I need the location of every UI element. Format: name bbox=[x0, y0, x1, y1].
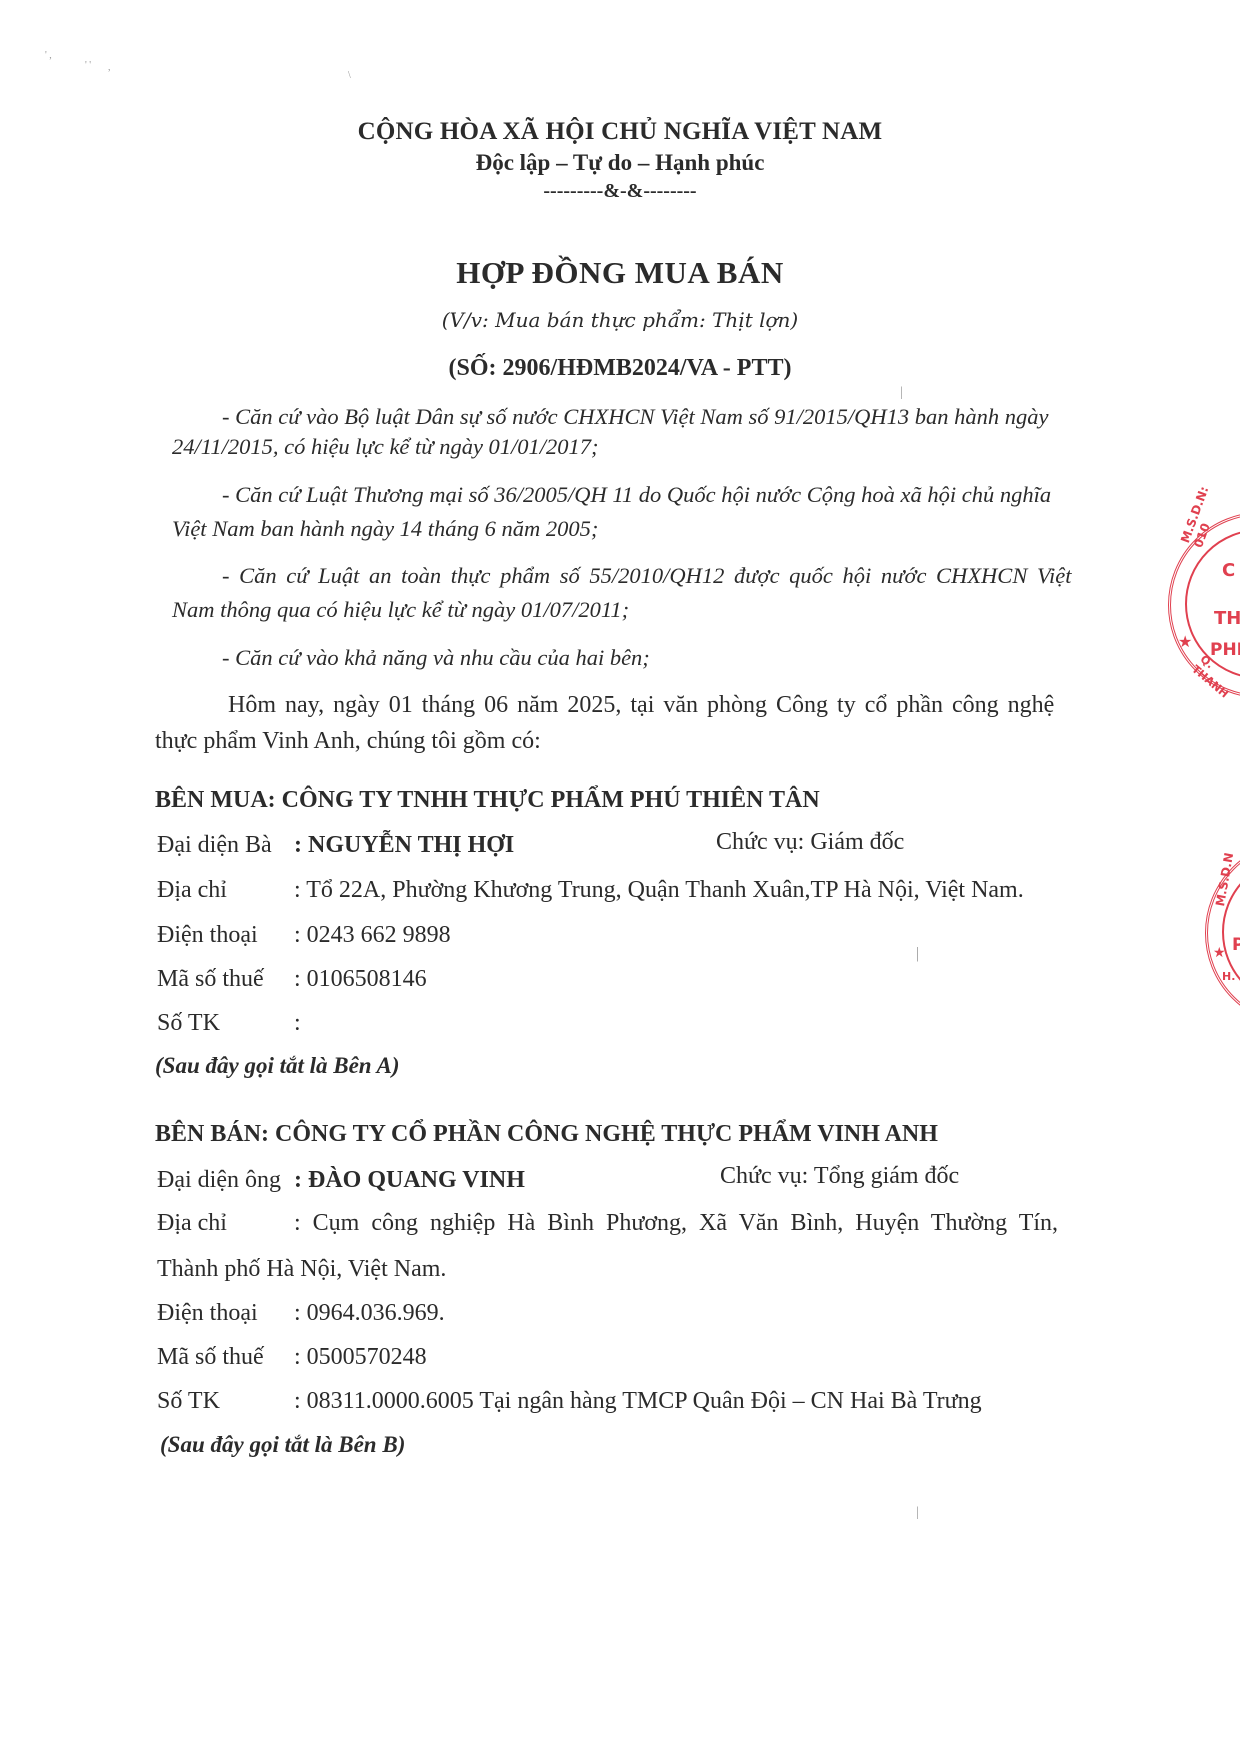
seller-rep-name: : ĐÀO QUANG VINH bbox=[294, 1167, 525, 1193]
legal-basis-4: - Căn cứ vào khả năng và nhu cầu của hai… bbox=[222, 645, 650, 671]
header-separator: ---------&-&-------- bbox=[0, 180, 1240, 203]
stamp-1-line-3: PHI bbox=[1210, 640, 1240, 660]
scan-speck: ' , bbox=[45, 50, 52, 61]
buyer-tax-label: Mã số thuế bbox=[157, 966, 294, 993]
legal-basis-1-line1: - Căn cứ vào Bộ luật Dân sự số nước CHXH… bbox=[222, 404, 1049, 429]
seller-address-line2: Thành phố Hà Nội, Việt Nam. bbox=[157, 1256, 446, 1283]
legal-basis-2-line2: Việt Nam ban hành ngày 14 tháng 6 năm 20… bbox=[172, 516, 598, 542]
contract-page: CỘNG HÒA XÃ HỘI CHỦ NGHĨA VIỆT NAM Độc l… bbox=[0, 0, 1240, 1755]
scan-speck: , bbox=[108, 62, 111, 73]
seller-rep-label: Đại diện ông bbox=[157, 1167, 294, 1194]
seller-position: Chức vụ: Tổng giám đốc bbox=[720, 1163, 959, 1190]
seller-account-row: Số TK: 08311.0000.6005 Tại ngân hàng TMC… bbox=[157, 1388, 982, 1415]
scan-speck: | bbox=[900, 385, 903, 401]
intro-line2: thực phẩm Vinh Anh, chúng tôi gồm có: bbox=[155, 728, 541, 755]
scan-speck: ' ' bbox=[85, 60, 91, 71]
stamp-1-line-2: TH bbox=[1214, 608, 1240, 629]
buyer-phone-row: Điện thoại: 0243 662 9898 bbox=[157, 922, 451, 949]
seller-address-line1: : Cụm công nghiệp Hà Bình Phương, Xã Văn… bbox=[294, 1210, 1058, 1236]
seller-heading: BÊN BÁN: CÔNG TY CỔ PHẦN CÔNG NGHỆ THỰC … bbox=[155, 1121, 938, 1148]
seller-phone: : 0964.036.969. bbox=[294, 1300, 445, 1326]
stamp-2-bottom-text: H. bbox=[1222, 970, 1235, 983]
seller-tax-label: Mã số thuế bbox=[157, 1344, 294, 1371]
scan-speck: | bbox=[916, 1505, 919, 1521]
intro-line1: Hôm nay, ngày 01 tháng 06 năm 2025, tại … bbox=[228, 692, 1054, 719]
buyer-position: Chức vụ: Giám đốc bbox=[716, 829, 904, 856]
seller-alias: (Sau đây gọi tắt là Bên B) bbox=[160, 1432, 405, 1458]
contract-number: (SỐ: 2906/HĐMB2024/VA - PTT) bbox=[0, 355, 1240, 382]
star-icon: ★ bbox=[1178, 632, 1192, 651]
buyer-rep-label: Đại diện Bà bbox=[157, 832, 294, 859]
contract-subject: (V/v: Mua bán thực phẩm: Thịt lợn) bbox=[0, 308, 1240, 332]
buyer-alias: (Sau đây gọi tắt là Bên A) bbox=[155, 1053, 400, 1079]
legal-basis-2-line1: - Căn cứ Luật Thương mại số 36/2005/QH 1… bbox=[222, 482, 1051, 508]
buyer-phone-label: Điện thoại bbox=[157, 922, 294, 949]
seller-account: : 08311.0000.6005 Tại ngân hàng TMCP Quâ… bbox=[294, 1388, 982, 1414]
buyer-rep-row: Đại diện Bà: NGUYỄN THỊ HỢI bbox=[157, 832, 514, 859]
seller-account-label: Số TK bbox=[157, 1388, 294, 1415]
legal-basis-1: - Căn cứ vào Bộ luật Dân sự số nước CHXH… bbox=[222, 400, 1092, 434]
national-title: CỘNG HÒA XÃ HỘI CHỦ NGHĨA VIỆT NAM bbox=[0, 118, 1240, 146]
seller-rep-row: Đại diện ông: ĐÀO QUANG VINH bbox=[157, 1167, 525, 1194]
buyer-address: : Tổ 22A, Phường Khương Trung, Quận Than… bbox=[294, 877, 1024, 903]
star-icon: ★ bbox=[1213, 945, 1226, 961]
seller-phone-label: Điện thoại bbox=[157, 1300, 294, 1327]
legal-basis-3-line2: Nam thông qua có hiệu lực kể từ ngày 01/… bbox=[172, 597, 629, 623]
seller-tax: : 0500570248 bbox=[294, 1344, 427, 1370]
buyer-account-label: Số TK bbox=[157, 1010, 294, 1037]
national-motto: Độc lập – Tự do – Hạnh phúc bbox=[0, 150, 1240, 176]
seller-address-row: Địa chỉ: Cụm công nghiệp Hà Bình Phương,… bbox=[157, 1210, 1058, 1237]
buyer-phone: : 0243 662 9898 bbox=[294, 922, 451, 948]
scan-speck: | bbox=[916, 945, 919, 963]
buyer-tax: : 0106508146 bbox=[294, 966, 427, 992]
buyer-rep-name: : NGUYỄN THỊ HỢI bbox=[294, 832, 514, 858]
buyer-account: : bbox=[294, 1010, 301, 1036]
seller-phone-row: Điện thoại: 0964.036.969. bbox=[157, 1300, 445, 1327]
seller-tax-row: Mã số thuế: 0500570248 bbox=[157, 1344, 427, 1371]
seller-address-label: Địa chỉ bbox=[157, 1210, 294, 1237]
stamp-2-line-1: PH bbox=[1232, 935, 1240, 955]
stamp-1-line-1: C bbox=[1222, 560, 1235, 581]
legal-basis-3-line1: - Căn cứ Luật an toàn thực phẩm số 55/20… bbox=[222, 563, 1072, 589]
buyer-address-row: Địa chỉ: Tổ 22A, Phường Khương Trung, Qu… bbox=[157, 877, 1024, 904]
buyer-address-label: Địa chỉ bbox=[157, 877, 294, 904]
contract-title: HỢP ĐỒNG MUA BÁN bbox=[0, 255, 1240, 291]
scan-speck: \ bbox=[348, 70, 351, 81]
buyer-heading: BÊN MUA: CÔNG TY TNHH THỰC PHẨM PHÚ THIÊ… bbox=[155, 787, 820, 814]
buyer-account-row: Số TK: bbox=[157, 1010, 301, 1037]
buyer-tax-row: Mã số thuế: 0106508146 bbox=[157, 966, 427, 993]
legal-basis-1-line2: 24/11/2015, có hiệu lực kể từ ngày 01/01… bbox=[172, 434, 599, 460]
